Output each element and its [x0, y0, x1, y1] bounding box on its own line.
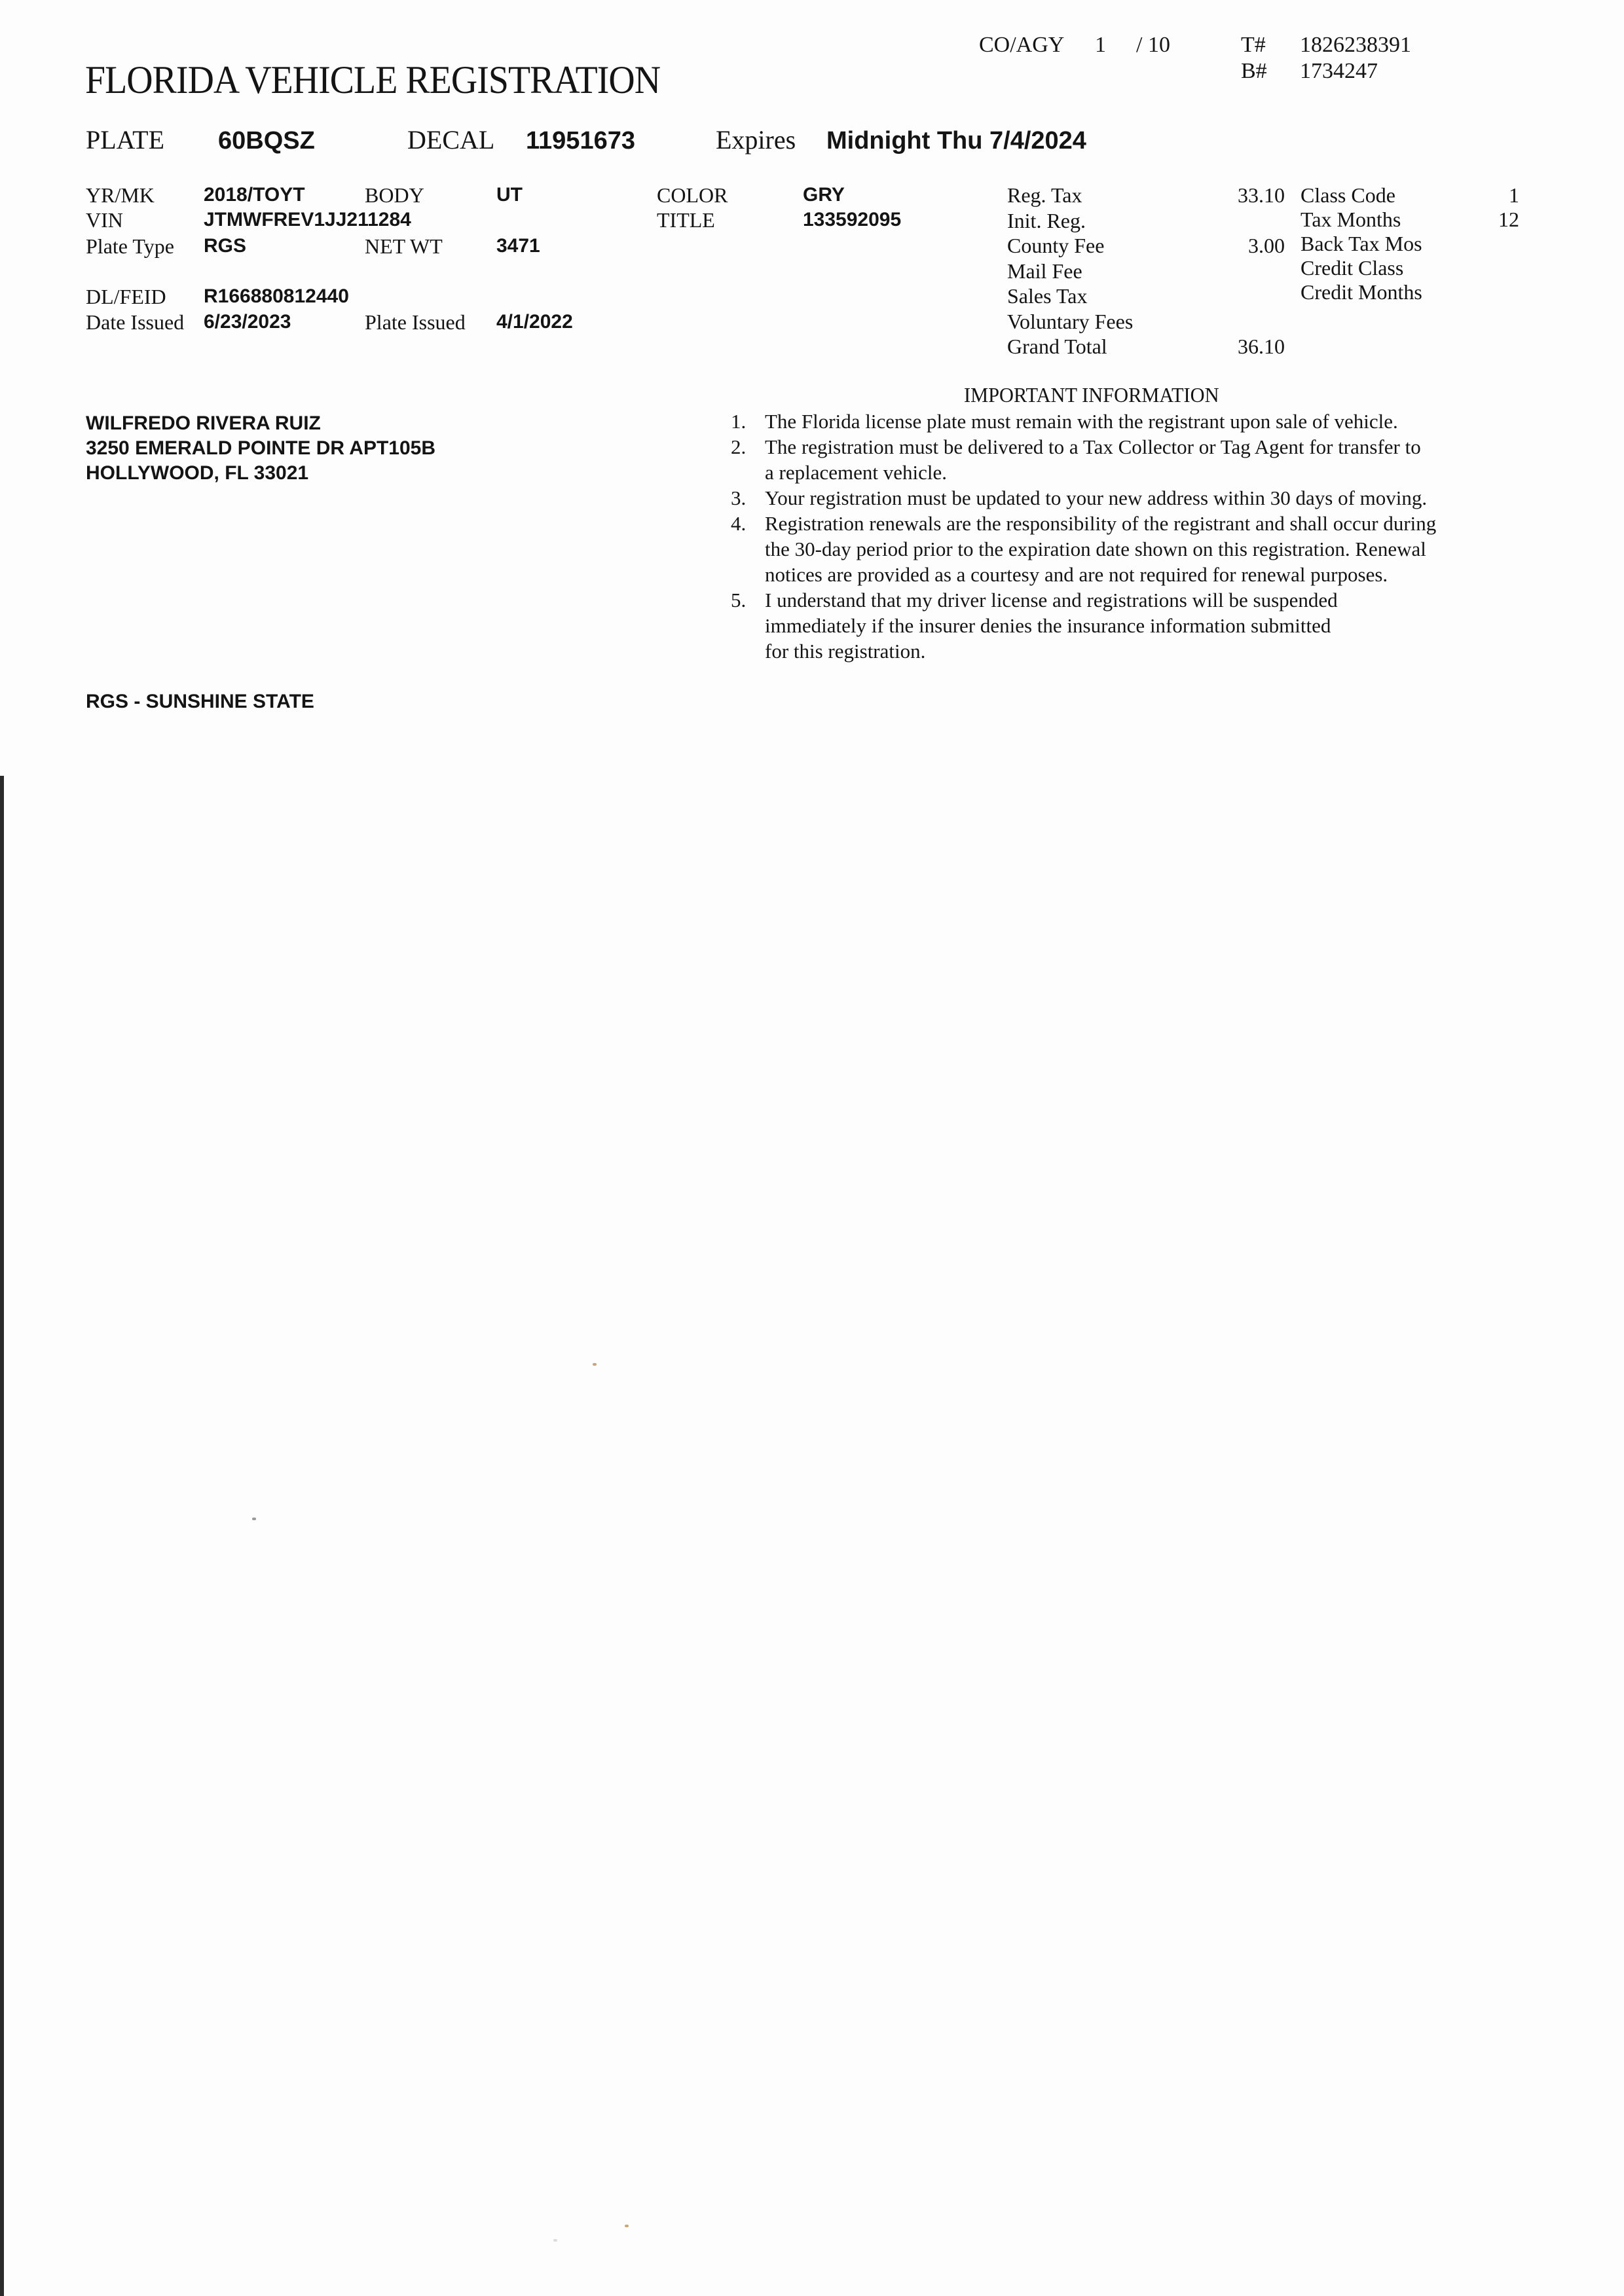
item-text: Your registration must be updated to you… — [765, 485, 1427, 511]
item-text: The registration must be delivered to a … — [765, 434, 1421, 485]
net-wt-label: NET WT — [365, 234, 443, 259]
item-text: The Florida license plate must remain wi… — [765, 409, 1398, 434]
class-info-value: 1 — [1467, 183, 1519, 208]
fee-label: Voluntary Fees — [1007, 310, 1133, 334]
scan-speck — [593, 1363, 597, 1366]
transaction-number: 1826238391 — [1300, 33, 1411, 58]
owner-address-block: WILFREDO RIVERA RUIZ 3250 EMERALD POINTE… — [86, 411, 435, 486]
yr-mk-value: 2018/TOYT — [204, 184, 305, 206]
scan-edge — [0, 776, 4, 2296]
owner-street: 3250 EMERALD POINTE DR APT105B — [86, 436, 435, 461]
title-number: 133592095 — [803, 209, 901, 231]
class-info-label: Credit Class — [1301, 256, 1403, 280]
fee-value: 3.00 — [1179, 234, 1285, 258]
fee-label: Init. Reg. — [1007, 209, 1086, 233]
class-info-label: Back Tax Mos — [1301, 232, 1422, 256]
class-info-value: 12 — [1467, 208, 1519, 232]
fee-value: 36.10 — [1179, 335, 1285, 359]
item-number: 5. — [727, 587, 765, 664]
important-info-item: 3.Your registration must be updated to y… — [727, 485, 1539, 511]
fee-label: Sales Tax — [1007, 284, 1087, 308]
vin-value: JTMWFREV1JJ211284 — [204, 209, 411, 231]
plate-label: PLATE — [86, 124, 164, 155]
color-label: COLOR — [657, 183, 728, 208]
important-info-title: IMPORTANT INFORMATION — [964, 383, 1219, 407]
important-info-item: 4.Registration renewals are the responsi… — [727, 511, 1539, 587]
owner-name: WILFREDO RIVERA RUIZ — [86, 411, 435, 436]
yr-mk-label: YR/MK — [86, 183, 155, 208]
plate-type-label: Plate Type — [86, 234, 174, 259]
title-label: TITLE — [657, 208, 715, 232]
class-info-label: Class Code — [1301, 183, 1395, 208]
plate-issued-value: 4/1/2022 — [496, 311, 573, 333]
transaction-label: T# — [1241, 33, 1266, 58]
owner-city-state-zip: HOLLYWOOD, FL 33021 — [86, 461, 435, 486]
batch-label: B# — [1241, 59, 1267, 84]
fee-label: Grand Total — [1007, 335, 1107, 359]
dl-feid-value: R166880812440 — [204, 285, 349, 308]
item-text: I understand that my driver license and … — [765, 587, 1338, 664]
item-number: 1. — [727, 409, 765, 434]
batch-number: 1734247 — [1300, 59, 1378, 84]
plate-issued-label: Plate Issued — [365, 310, 466, 335]
important-info-list: 1.The Florida license plate must remain … — [727, 409, 1539, 664]
item-number: 3. — [727, 485, 765, 511]
item-text: Registration renewals are the responsibi… — [765, 511, 1436, 587]
fee-value: 33.10 — [1179, 183, 1285, 208]
fee-label: Mail Fee — [1007, 259, 1082, 283]
item-number: 2. — [727, 434, 765, 485]
decal-number: 11951673 — [526, 127, 635, 155]
co-agy-agency: / 10 — [1136, 33, 1170, 58]
plate-design: RGS - SUNSHINE STATE — [86, 691, 314, 713]
date-issued-label: Date Issued — [86, 310, 184, 335]
plate-number: 60BQSZ — [218, 127, 315, 155]
date-issued-value: 6/23/2023 — [204, 311, 291, 333]
plate-type-value: RGS — [204, 235, 246, 257]
co-agy-label: CO/AGY — [979, 33, 1064, 58]
scan-speck — [553, 2239, 557, 2242]
scan-speck — [625, 2225, 629, 2227]
dl-feid-label: DL/FEID — [86, 285, 166, 309]
color-value: GRY — [803, 184, 845, 206]
class-info-label: Credit Months — [1301, 280, 1422, 304]
co-agy-county: 1 — [1095, 33, 1106, 58]
scan-speck — [252, 1518, 256, 1520]
body-value: UT — [496, 184, 523, 206]
document-title: FLORIDA VEHICLE REGISTRATION — [85, 58, 660, 103]
important-info-item: 2.The registration must be delivered to … — [727, 434, 1539, 485]
important-info-item: 5.I understand that my driver license an… — [727, 587, 1539, 664]
item-number: 4. — [727, 511, 765, 587]
net-wt-value: 3471 — [496, 235, 540, 257]
class-info-label: Tax Months — [1301, 208, 1401, 232]
vin-label: VIN — [86, 208, 123, 232]
important-info-item: 1.The Florida license plate must remain … — [727, 409, 1539, 434]
fee-label: Reg. Tax — [1007, 183, 1082, 208]
expiration-date: Midnight Thu 7/4/2024 — [826, 127, 1086, 155]
body-label: BODY — [365, 183, 424, 208]
expires-label: Expires — [716, 124, 796, 155]
decal-label: DECAL — [407, 124, 494, 155]
fee-label: County Fee — [1007, 234, 1104, 258]
